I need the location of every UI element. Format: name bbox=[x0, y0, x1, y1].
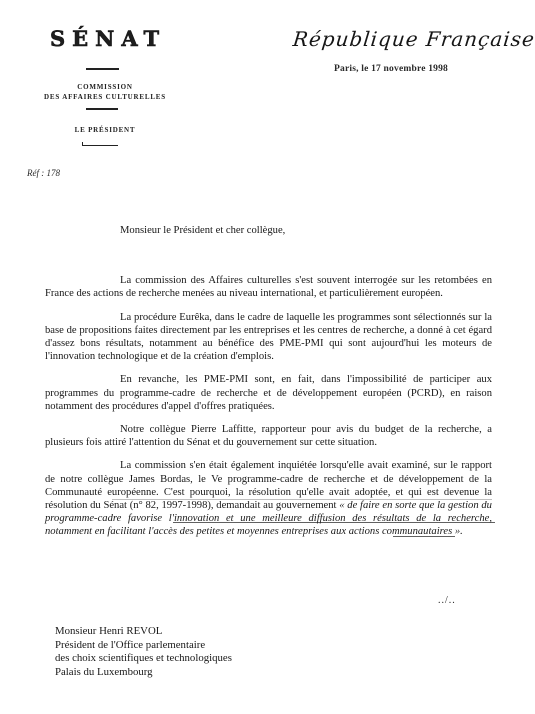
salutation: Monsieur le Président et cher collègue, bbox=[45, 224, 492, 237]
scan-artifact-line bbox=[393, 536, 455, 537]
republique-francaise-script: République Française bbox=[292, 27, 535, 51]
reference-number: Réf : 178 bbox=[27, 168, 60, 178]
senat-wordmark: SÉNAT bbox=[50, 26, 166, 51]
paragraph-4: Notre collègue Pierre Laffitte, rapporte… bbox=[45, 423, 492, 449]
recipient-title-line-2: des choix scientifiques et technologique… bbox=[55, 652, 232, 666]
letterhead-divider bbox=[86, 108, 118, 110]
commission-block: COMMISSION DES AFFAIRES CULTURELLES bbox=[10, 82, 200, 102]
continuation-mark: ../.. bbox=[438, 595, 456, 606]
paragraph-2: La procédure Eurêka, dans le cadre de la… bbox=[45, 311, 492, 364]
commission-line-1: COMMISSION bbox=[10, 82, 200, 92]
recipient-name: Monsieur Henri REVOL bbox=[55, 625, 232, 639]
commission-line-2: DES AFFAIRES CULTURELLES bbox=[10, 92, 200, 102]
recipient-address: Palais du Luxembourg bbox=[55, 666, 232, 680]
sender-title: LE PRÉSIDENT bbox=[10, 126, 200, 134]
paragraph-3: En revanche, les PME-PMI sont, en fait, … bbox=[45, 373, 492, 413]
scan-artifact-line bbox=[173, 522, 495, 523]
letterhead-divider bbox=[86, 68, 119, 70]
dateline: Paris, le 17 novembre 1998 bbox=[334, 64, 448, 74]
letterhead-divider bbox=[82, 145, 118, 146]
recipient-address-block: Monsieur Henri REVOL Président de l'Offi… bbox=[55, 625, 232, 679]
recipient-title-line-1: Président de l'Office parlementaire bbox=[55, 639, 232, 653]
scanned-letter-page: SÉNAT COMMISSION DES AFFAIRES CULTURELLE… bbox=[0, 0, 535, 714]
paragraph-1: La commission des Affaires culturelles s… bbox=[45, 274, 492, 300]
scan-artifact-line bbox=[112, 499, 492, 500]
